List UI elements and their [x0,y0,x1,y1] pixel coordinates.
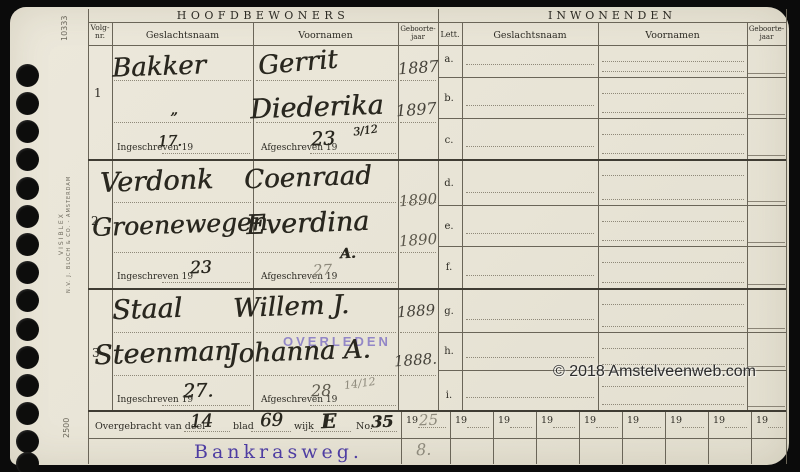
grid-line [602,240,744,241]
entry-1-surname-2-ditto: „ [170,100,178,118]
row-letter-e: e. [440,221,458,232]
grid-line [598,22,599,410]
row-letter-a: a. [440,54,458,65]
house-number-value: 8. [416,440,432,460]
column-header-volgnr: Volg- nr. [88,24,112,40]
grid-line [256,332,396,333]
grid-line [747,22,748,410]
transfer-no-value: 35 [371,412,394,432]
column-header-geslachtsnaam-right: Geslachtsnaam [462,30,598,41]
year-cell-label: 19 [756,415,768,426]
grid-line [401,410,402,464]
inwonenden-title: INWONENDEN [438,9,786,22]
entry-2-firstname-2: Everdina [245,206,369,241]
grid-line [748,406,785,407]
grid-line [400,375,436,376]
grid-line [786,9,787,464]
grid-line [510,427,532,428]
grid-line [682,427,704,428]
row-letter-f: f. [440,262,458,273]
grid-line [88,45,786,46]
row-letter-c: c. [440,135,458,146]
row-letter-i: i. [440,390,458,401]
grid-line [256,80,396,81]
entry-2-firstname-1: Coenraad [244,161,373,195]
grid-line [114,202,251,203]
punch-hole [16,346,39,369]
punch-hole [16,374,39,397]
punch-hole [16,452,39,472]
grid-line [310,405,396,406]
entry-1-number: 1 [94,86,102,100]
entry-2-year-1: 1890 [398,190,437,211]
column-header-geslachtsnaam-left: Geslachtsnaam [112,30,253,41]
entry-2-ingeschreven-value: 23 [190,258,212,279]
column-header-geboortejaar-right: Geboorte- jaar [747,25,786,41]
entry-3-surname-1: Staal [111,293,182,326]
section-divider [88,159,786,161]
grid-line [602,175,744,176]
grid-line [602,304,744,305]
plate-number-top: 10333 [60,9,69,41]
grid-line [466,319,594,320]
grid-line [88,9,89,464]
year-cell-label: 19 [455,415,467,426]
grid-line [493,410,494,464]
grid-line [162,405,250,406]
year-cell-label: 19 [584,415,596,426]
scanned-register-card: 10333 VISIBLEX N.V. J. BLOCH & CO. - AMS… [0,0,800,472]
entry-3-afgeschreven-value: 28 [311,381,332,401]
transfer-wijk-value: E [321,409,337,434]
punch-hole [16,120,39,143]
grid-line [466,64,594,65]
grid-line [708,410,709,464]
volgnr-line2: nr. [95,31,105,40]
entry-2-note: A. [340,246,356,263]
hoofdbewoners-title: HOOFDBEWONERS [88,9,438,22]
grid-line [162,153,250,154]
grid-line [114,375,251,376]
grid-line [450,410,451,464]
grid-line [251,431,291,432]
grid-line [466,357,594,358]
entry-3-ingeschreven-label: Ingeschreven 19 [117,395,193,405]
entry-1-ingeschreven-value: 17. [158,132,182,151]
grid-line [310,282,396,283]
grid-line [400,252,436,253]
entry-1-afgeschreven-value: 23 [311,128,336,151]
punch-hole [16,289,39,312]
grid-line [748,242,785,243]
punch-hole [16,64,39,87]
column-header-voornamen-right: Voornamen [598,30,747,41]
entry-3-ingeschreven-value: 27. [183,379,214,402]
plate-number-bottom: 2500 [62,406,71,438]
year-cell-label: 19 [541,415,553,426]
column-header-geboortejaar-left: Geboorte- jaar [398,25,438,41]
grid-line [602,134,744,135]
grid-line [400,332,436,333]
grid-line [751,410,752,464]
punch-hole [16,92,39,115]
section-divider [88,288,786,290]
grid-line [602,153,744,154]
grid-line [400,80,436,81]
grid-line [602,112,744,113]
year-cell-label: 19 [627,415,639,426]
grid-line [602,386,744,387]
grid-line [438,205,786,206]
grid-line [466,275,594,276]
street-name-stamp: Bankrasweg. [194,441,363,463]
grid-line [438,332,786,333]
grid-line [639,427,661,428]
row-letter-d: d. [440,178,458,189]
grid-line [579,410,580,464]
year-cell-label: 19 [406,415,418,426]
punch-hole [16,148,39,171]
grid-line [438,246,786,247]
grid-line [602,93,744,94]
year-cell-label: 19 [498,415,510,426]
geboortejaar-line1: Geboorte- [400,25,435,33]
transfer-deel-value: 14 [190,411,214,433]
grid-line [462,22,463,410]
grid-line [466,146,594,147]
grid-line [256,252,396,253]
transfer-blad-value: 69 [260,410,284,432]
grid-line [400,122,436,123]
grid-line [748,73,785,74]
punch-hole [16,430,39,453]
grid-line [748,114,785,115]
grid-line [748,328,785,329]
row-letter-b: b. [440,93,458,104]
grid-line [467,427,489,428]
grid-line [256,375,396,376]
geboortejaar-line2: jaar [760,33,774,41]
manufacturer-block: VISIBLEX N.V. J. BLOCH & CO. - AMSTERDAM [58,164,72,304]
grid-line [466,105,594,106]
grid-line [438,118,786,119]
brand-name: VISIBLEX [58,164,65,304]
grid-line [665,410,666,464]
punch-hole [16,318,39,341]
punch-hole [16,177,39,200]
year-cell-label: 19 [670,415,682,426]
entry-3-firstname-2: Johanna A. [228,335,372,370]
brand-subtitle: N.V. J. BLOCH & CO. - AMSTERDAM [66,164,72,304]
grid-line [114,252,251,253]
entry-2-surname-1: Verdonk [99,164,213,199]
grid-line [602,61,744,62]
grid-line [88,22,786,23]
entry-2-surname-2: Groenewegen [92,207,269,242]
grid-line [748,201,785,202]
grid-line [602,404,744,405]
punch-hole [16,205,39,228]
grid-line [310,153,396,154]
grid-line [768,427,783,428]
grid-line [602,71,744,72]
grid-line [553,427,575,428]
year-cell-label: 19 [713,415,725,426]
grid-line [162,282,250,283]
grid-line [438,77,786,78]
grid-line [725,427,747,428]
geboortejaar-line2: jaar [411,33,425,41]
row-letter-g: g. [440,306,458,317]
entry-1-year-1: 1887 [397,57,439,79]
grid-line [114,332,251,333]
row-letter-h: h. [440,346,458,357]
grid-line [536,410,537,464]
entry-3-year-2: 1888. [393,350,437,371]
entry-3-year-1: 1889 [396,301,435,322]
entry-1-firstname-2: Diederika [249,90,384,126]
grid-line [602,348,744,349]
grid-line [466,397,594,398]
geboortejaar-line1: Geboorte- [749,25,784,33]
grid-line [602,262,744,263]
punch-hole [16,233,39,256]
entry-1-year-2: 1897 [395,99,437,121]
grid-line [602,199,744,200]
grid-line [622,410,623,464]
year-written-value: 25 [419,411,439,430]
entry-2-ingeschreven-label: Ingeschreven 19 [117,272,193,282]
grid-line [596,427,618,428]
grid-line [466,192,594,193]
grid-line [114,122,251,123]
entry-2-afgeschreven-value: 27 [313,261,333,280]
punch-hole [16,402,39,425]
grid-line [602,282,744,283]
watermark: © 2018 Amstelveenweb.com [553,363,756,381]
grid-line [602,326,744,327]
grid-line [748,155,785,156]
grid-line [602,221,744,222]
punch-hole [16,261,39,284]
entry-2-year-2: 1890 [398,230,437,251]
column-header-lett: Lett. [438,30,462,39]
entry-1-surname-1: Bakker [112,50,207,83]
grid-line [256,202,396,203]
grid-line [466,233,594,234]
entry-3-firstname-1: Willem J. [233,290,350,324]
entry-3-surname-2: Steenman [94,336,233,372]
grid-line [88,438,786,439]
column-header-voornamen-left: Voornamen [253,30,398,41]
grid-line [748,284,785,285]
